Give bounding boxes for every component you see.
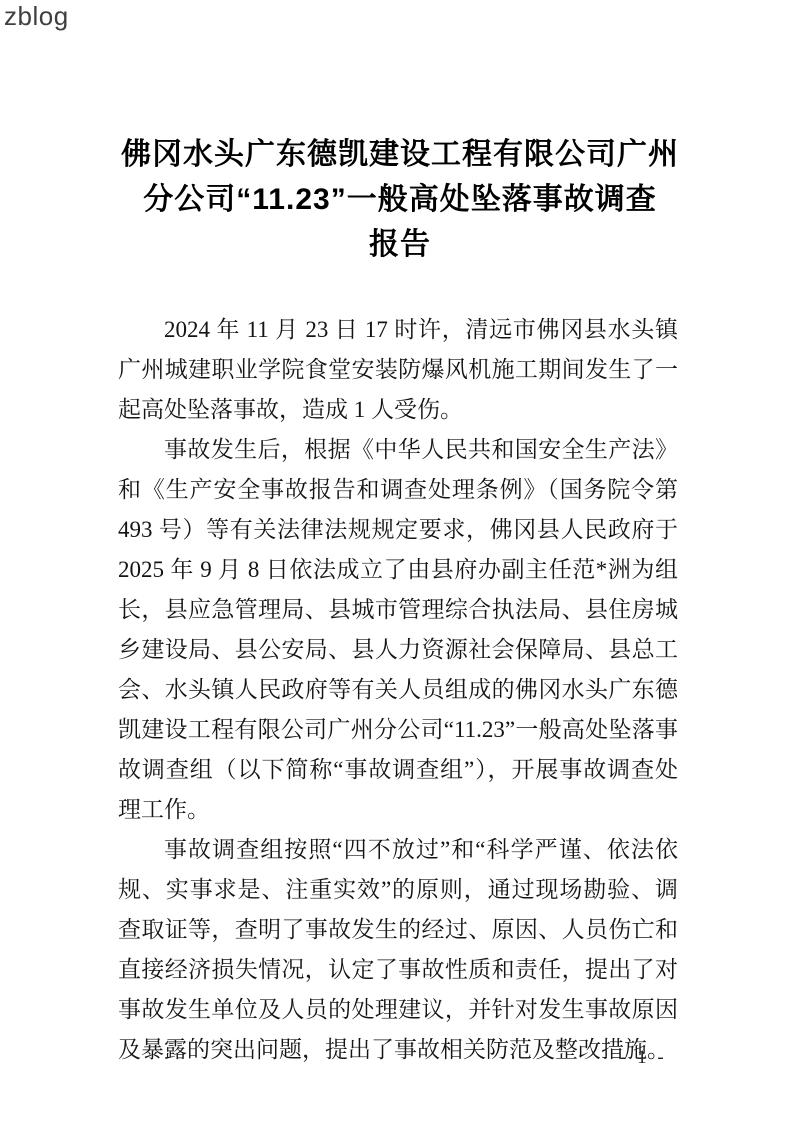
page-number: - 1 - — [620, 1046, 667, 1070]
paragraph-investigation-team: 事故发生后，根据《中华人民共和国安全生产法》和《生产安全事故报告和调查处理条例》… — [118, 430, 678, 830]
site-logo: zblog — [4, 1, 69, 31]
report-title-line-2: 分公司“11.23”一般高处坠落事故调查 — [80, 177, 720, 222]
paragraph-incident-summary: 2024 年 11 月 23 日 17 时许，清远市佛冈县水头镇广州城建职业学院… — [118, 310, 678, 430]
report-body: 2024 年 11 月 23 日 17 时许，清远市佛冈县水头镇广州城建职业学院… — [118, 310, 678, 1070]
report-title: 佛冈水头广东德凯建设工程有限公司广州 分公司“11.23”一般高处坠落事故调查 … — [80, 132, 720, 267]
report-title-line-1: 佛冈水头广东德凯建设工程有限公司广州 — [80, 132, 720, 177]
document-page: zblog 佛冈水头广东德凯建设工程有限公司广州 分公司“11.23”一般高处坠… — [0, 0, 800, 1131]
paragraph-investigation-principles: 事故调查组按照“四不放过”和“科学严谨、依法依规、实事求是、注重实效”的原则，通… — [118, 830, 678, 1070]
report-title-line-3: 报告 — [80, 222, 720, 267]
